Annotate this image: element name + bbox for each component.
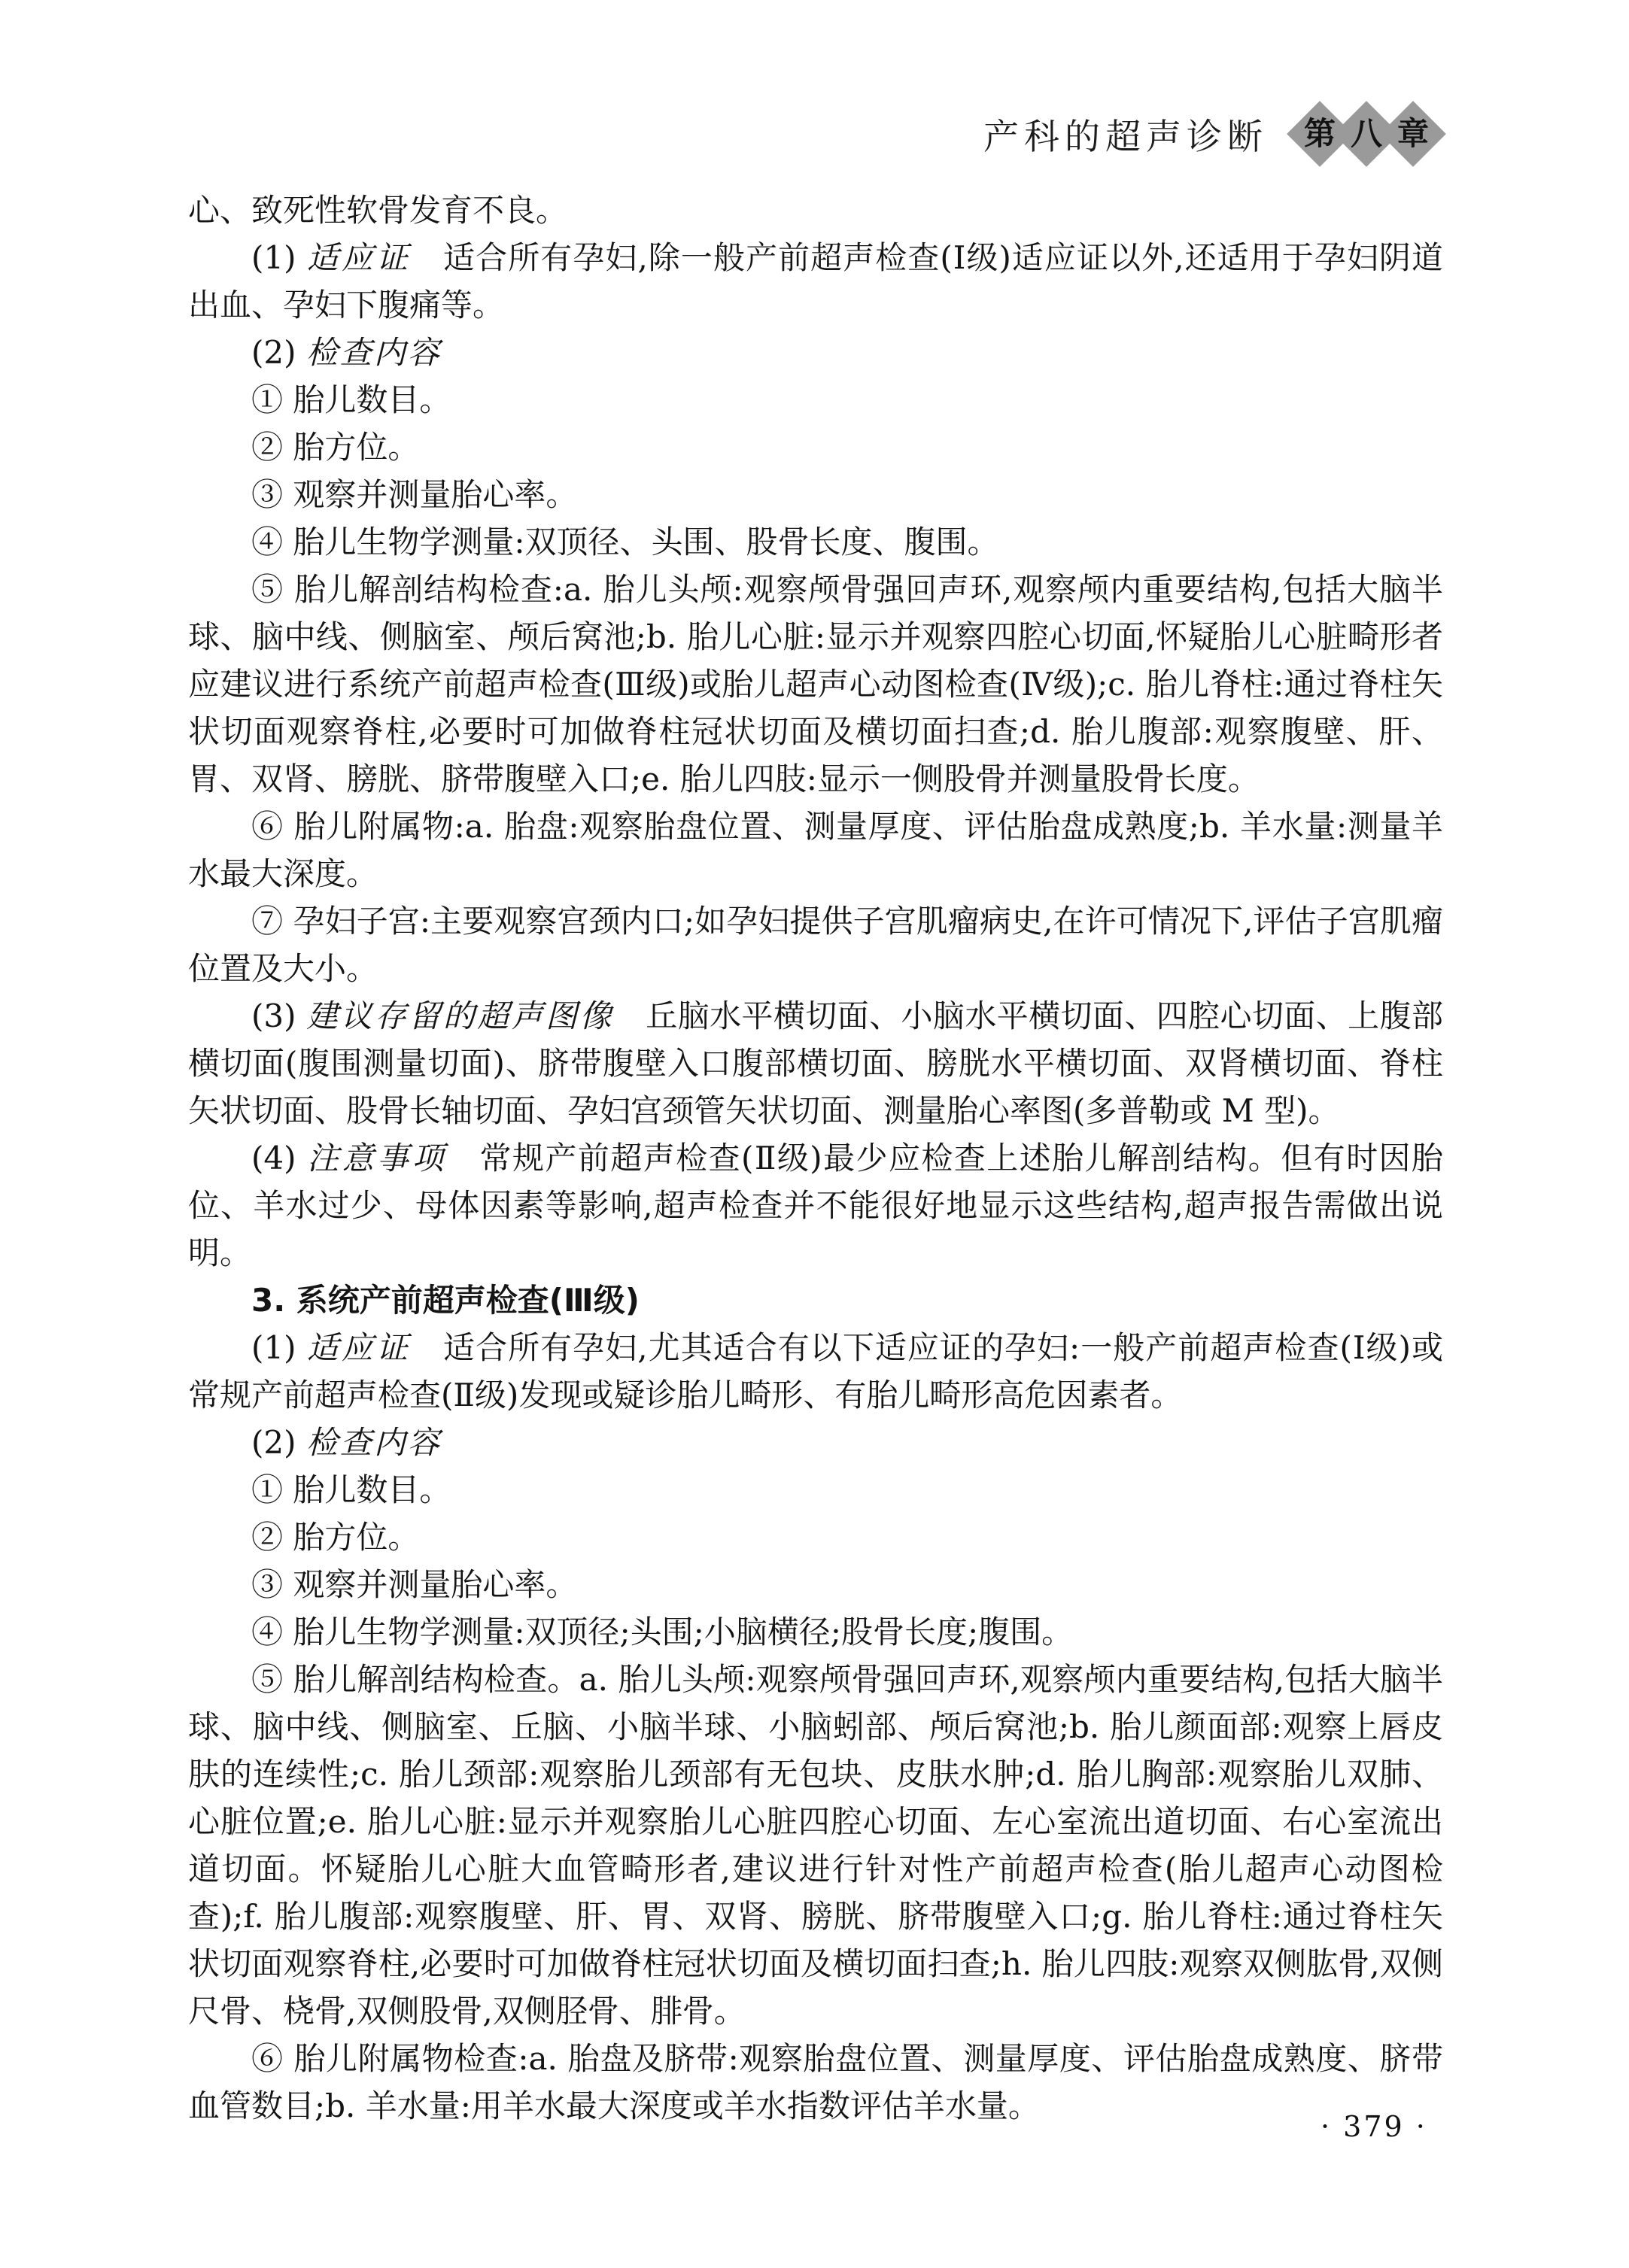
paragraph: ⑦ 孕妇子宫:主要观察宫颈内口;如孕妇提供子宫肌瘤病史,在许可情况下,评估子宫肌… <box>188 897 1443 992</box>
page-number: · 379 · <box>1321 2110 1427 2143</box>
text-run-kai: 注意事项 <box>307 1140 447 1177</box>
text-run-song: ② 胎方位。 <box>251 429 419 466</box>
paragraph: ③ 观察并测量胎心率。 <box>188 1561 1443 1608</box>
text-run-kai: 适应证 <box>307 239 411 276</box>
chapter-title: 产科的超声诊断 <box>983 109 1268 159</box>
paragraph: ④ 胎儿生物学测量:双顶径;头围;小脑横径;股骨长度;腹围。 <box>188 1608 1443 1656</box>
paragraph: ⑤ 胎儿解剖结构检查:a. 胎儿头颅:观察颅骨强回声环,观察颅内重要结构,包括大… <box>188 566 1443 803</box>
chapter-badge: 第 八 章 <box>1296 111 1436 157</box>
paragraph: ② 胎方位。 <box>188 424 1443 471</box>
text-run-song: 心、致死性软骨发育不良。 <box>188 192 567 229</box>
text-run-song: ⑥ 胎儿附属物检查:a. 胎盘及脐带:观察胎盘位置、测量厚度、评估胎盘成熟度、脐… <box>188 2040 1443 2124</box>
paragraph: ② 胎方位。 <box>188 1514 1443 1561</box>
text-run-song: ③ 观察并测量胎心率。 <box>251 476 577 513</box>
text-run-song: (1) <box>251 1329 307 1366</box>
chapter-badge-diamond-3: 章 <box>1380 101 1446 167</box>
paragraph: ① 胎儿数目。 <box>188 1466 1443 1514</box>
running-head: 产科的超声诊断 第 八 章 <box>0 89 1441 179</box>
paragraph: ① 胎儿数目。 <box>188 376 1443 424</box>
chapter-badge-char-1: 第 <box>1304 118 1336 150</box>
text-run-song: ⑥ 胎儿附属物:a. 胎盘:观察胎盘位置、测量厚度、评估胎盘成熟度;b. 羊水量… <box>188 808 1443 892</box>
text-run-kai: 检查内容 <box>306 1424 442 1461</box>
text-run-song: ⑤ 胎儿解剖结构检查。a. 胎儿头颅:观察颅骨强回声环,观察颅内重要结构,包括大… <box>188 1661 1443 2030</box>
chapter-badge-char-3: 章 <box>1397 118 1429 150</box>
paragraph: ⑥ 胎儿附属物:a. 胎盘:观察胎盘位置、测量厚度、评估胎盘成熟度;b. 羊水量… <box>188 803 1443 897</box>
chapter-badge-char-2: 八 <box>1351 118 1382 150</box>
paragraph: (1) 适应证 适合所有孕妇,尤其适合有以下适应证的孕妇:一般产前超声检查(Ⅰ级… <box>188 1324 1443 1419</box>
paragraph: ④ 胎儿生物学测量:双顶径、头围、股骨长度、腹围。 <box>188 518 1443 566</box>
paragraph: ⑥ 胎儿附属物检查:a. 胎盘及脐带:观察胎盘位置、测量厚度、评估胎盘成熟度、脐… <box>188 2035 1443 2130</box>
paragraph: ⑤ 胎儿解剖结构检查。a. 胎儿头颅:观察颅骨强回声环,观察颅内重要结构,包括大… <box>188 1656 1443 2035</box>
text-run-kai: 建议存留的超声图像 <box>306 997 614 1034</box>
text-run-song: (2) <box>251 1424 306 1461</box>
book-page: 产科的超声诊断 第 八 章 心、致死性软骨发育不良。(1) 适应证 适合所有孕妇… <box>0 0 1629 2268</box>
text-run-song: ② 胎方位。 <box>251 1519 419 1556</box>
text-run-song: ① 胎儿数目。 <box>251 381 451 418</box>
text-run-song: ① 胎儿数目。 <box>251 1471 451 1508</box>
text-run-hei: 3. 系统产前超声检查(Ⅲ级) <box>251 1282 640 1319</box>
text-run-kai: 适应证 <box>307 1329 411 1366</box>
paragraph: 3. 系统产前超声检查(Ⅲ级) <box>188 1277 1443 1324</box>
paragraph: (1) 适应证 适合所有孕妇,除一般产前超声检查(Ⅰ级)适应证以外,还适用于孕妇… <box>188 234 1443 329</box>
text-run-song: (1) <box>251 239 307 276</box>
text-run-song: (2) <box>251 334 306 371</box>
text-run-song: (4) <box>251 1140 307 1177</box>
paragraph: (2) 检查内容 <box>188 1419 1443 1466</box>
text-run-song: ⑤ 胎儿解剖结构检查:a. 胎儿头颅:观察颅骨强回声环,观察颅内重要结构,包括大… <box>188 571 1443 797</box>
text-run-kai: 检查内容 <box>306 334 442 371</box>
text-run-song: ⑦ 孕妇子宫:主要观察宫颈内口;如孕妇提供子宫肌瘤病史,在许可情况下,评估子宫肌… <box>188 903 1443 987</box>
paragraph: ③ 观察并测量胎心率。 <box>188 471 1443 518</box>
page-body-text: 心、致死性软骨发育不良。(1) 适应证 适合所有孕妇,除一般产前超声检查(Ⅰ级)… <box>188 187 1443 2130</box>
text-run-song: (3) <box>251 997 306 1034</box>
paragraph: (3) 建议存留的超声图像 丘脑水平横切面、小脑水平横切面、四腔心切面、上腹部横… <box>188 992 1443 1134</box>
paragraph: (4) 注意事项 常规产前超声检查(Ⅱ级)最少应检查上述胎儿解剖结构。但有时因胎… <box>188 1134 1443 1277</box>
paragraph: 心、致死性软骨发育不良。 <box>188 187 1443 234</box>
text-run-song: ③ 观察并测量胎心率。 <box>251 1566 577 1603</box>
text-run-song: ④ 胎儿生物学测量:双顶径;头围;小脑横径;股骨长度;腹围。 <box>251 1614 1073 1650</box>
paragraph: (2) 检查内容 <box>188 329 1443 376</box>
text-run-song: ④ 胎儿生物学测量:双顶径、头围、股骨长度、腹围。 <box>251 524 999 560</box>
